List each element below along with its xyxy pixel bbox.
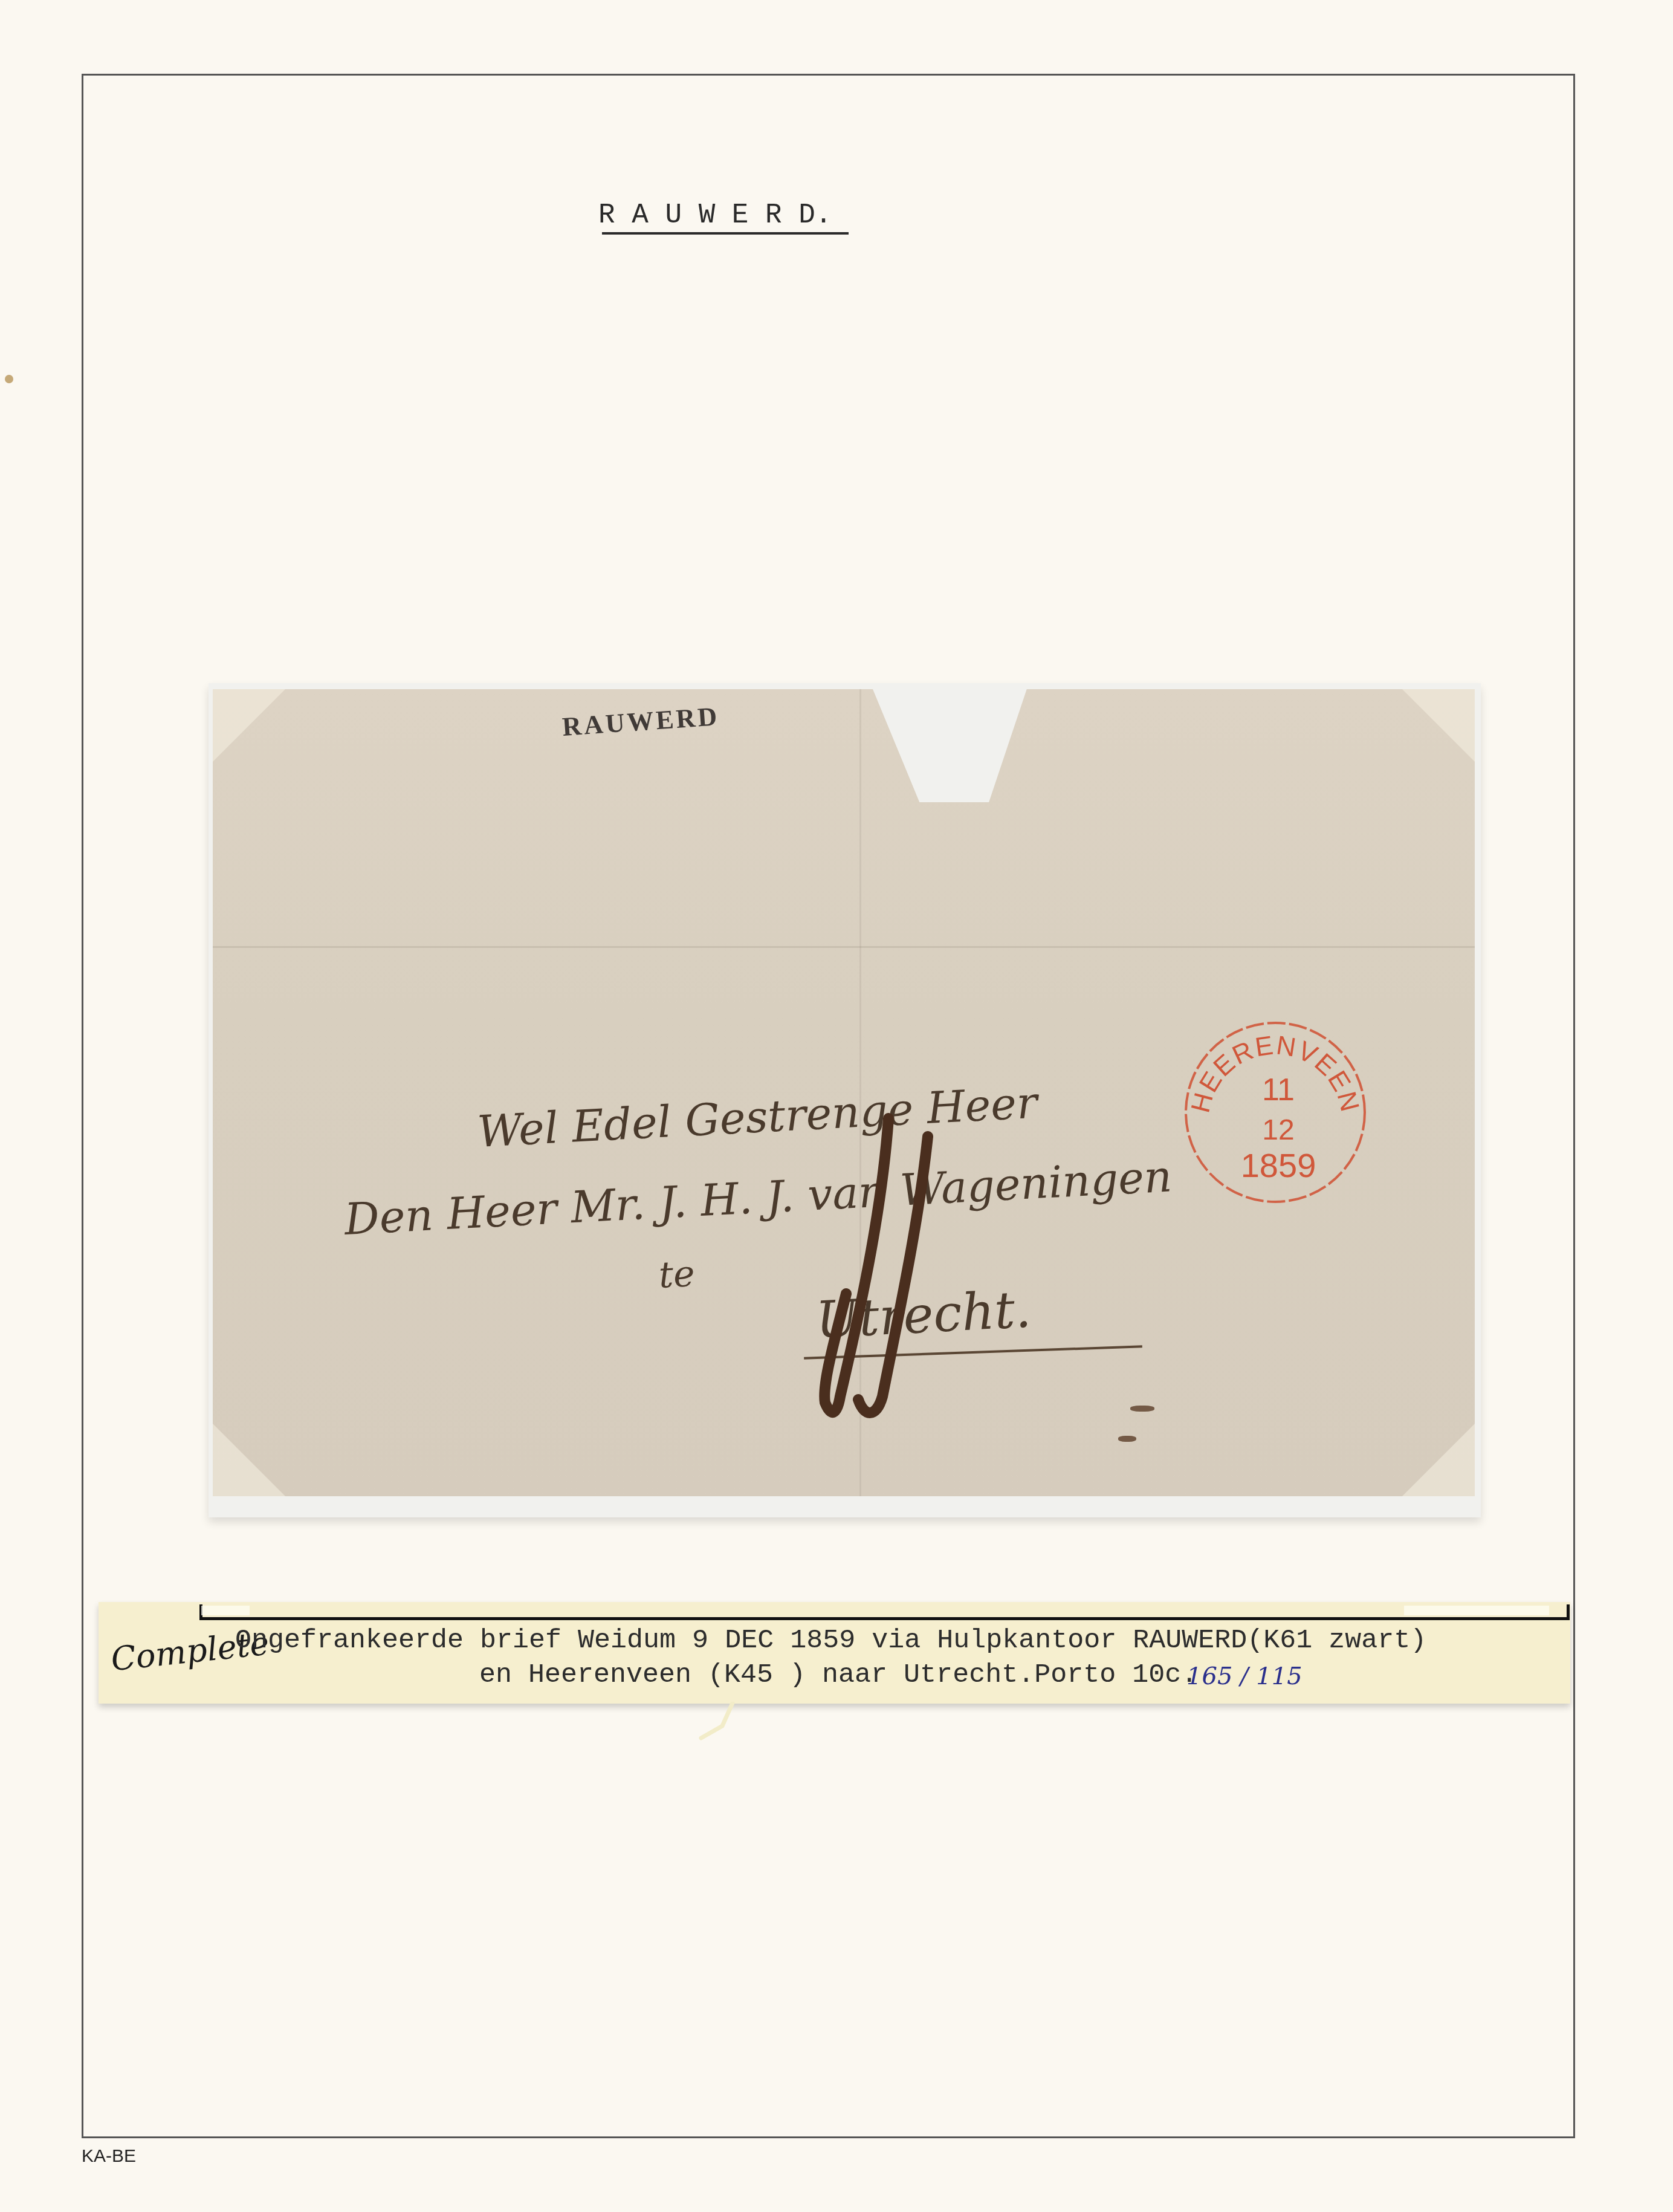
mount-corner [213, 689, 285, 762]
mount-corner [1402, 1424, 1475, 1496]
ink-blot [1130, 1406, 1154, 1412]
label-bracket-line [199, 1604, 1570, 1620]
heerenveen-postmark: HEERENVEEN 11 12 1859 [1182, 1019, 1369, 1206]
footer-code: KA-BE [82, 2146, 136, 2167]
label-thread [695, 1702, 737, 1750]
mount-corner [1402, 689, 1475, 762]
tape [201, 1606, 250, 1615]
svg-text:12: 12 [1262, 1114, 1294, 1146]
ink-blot [1118, 1436, 1136, 1442]
postage-due-mark [798, 1112, 943, 1427]
description-line-1: Ongefrankeerde brief Weidum 9 DEC 1859 v… [235, 1625, 1426, 1656]
svg-text:1859: 1859 [1241, 1146, 1316, 1184]
catalogue-reference: 165 / 115 [1186, 1662, 1302, 1690]
mount-corner [213, 1424, 285, 1496]
paper-blemish [5, 375, 13, 383]
fold-line [213, 946, 1475, 948]
description-label: Complete Ongefrankeerde brief Weidum 9 D… [99, 1602, 1570, 1704]
tape [1404, 1606, 1549, 1615]
description-line-2: en Heerenveen (K45 ) naar Utrecht.Porto … [479, 1659, 1197, 1690]
address-line: te [658, 1253, 696, 1297]
title-underline [602, 232, 849, 235]
svg-text:11: 11 [1262, 1072, 1295, 1108]
page-title: R A U W E R D. [598, 199, 832, 231]
